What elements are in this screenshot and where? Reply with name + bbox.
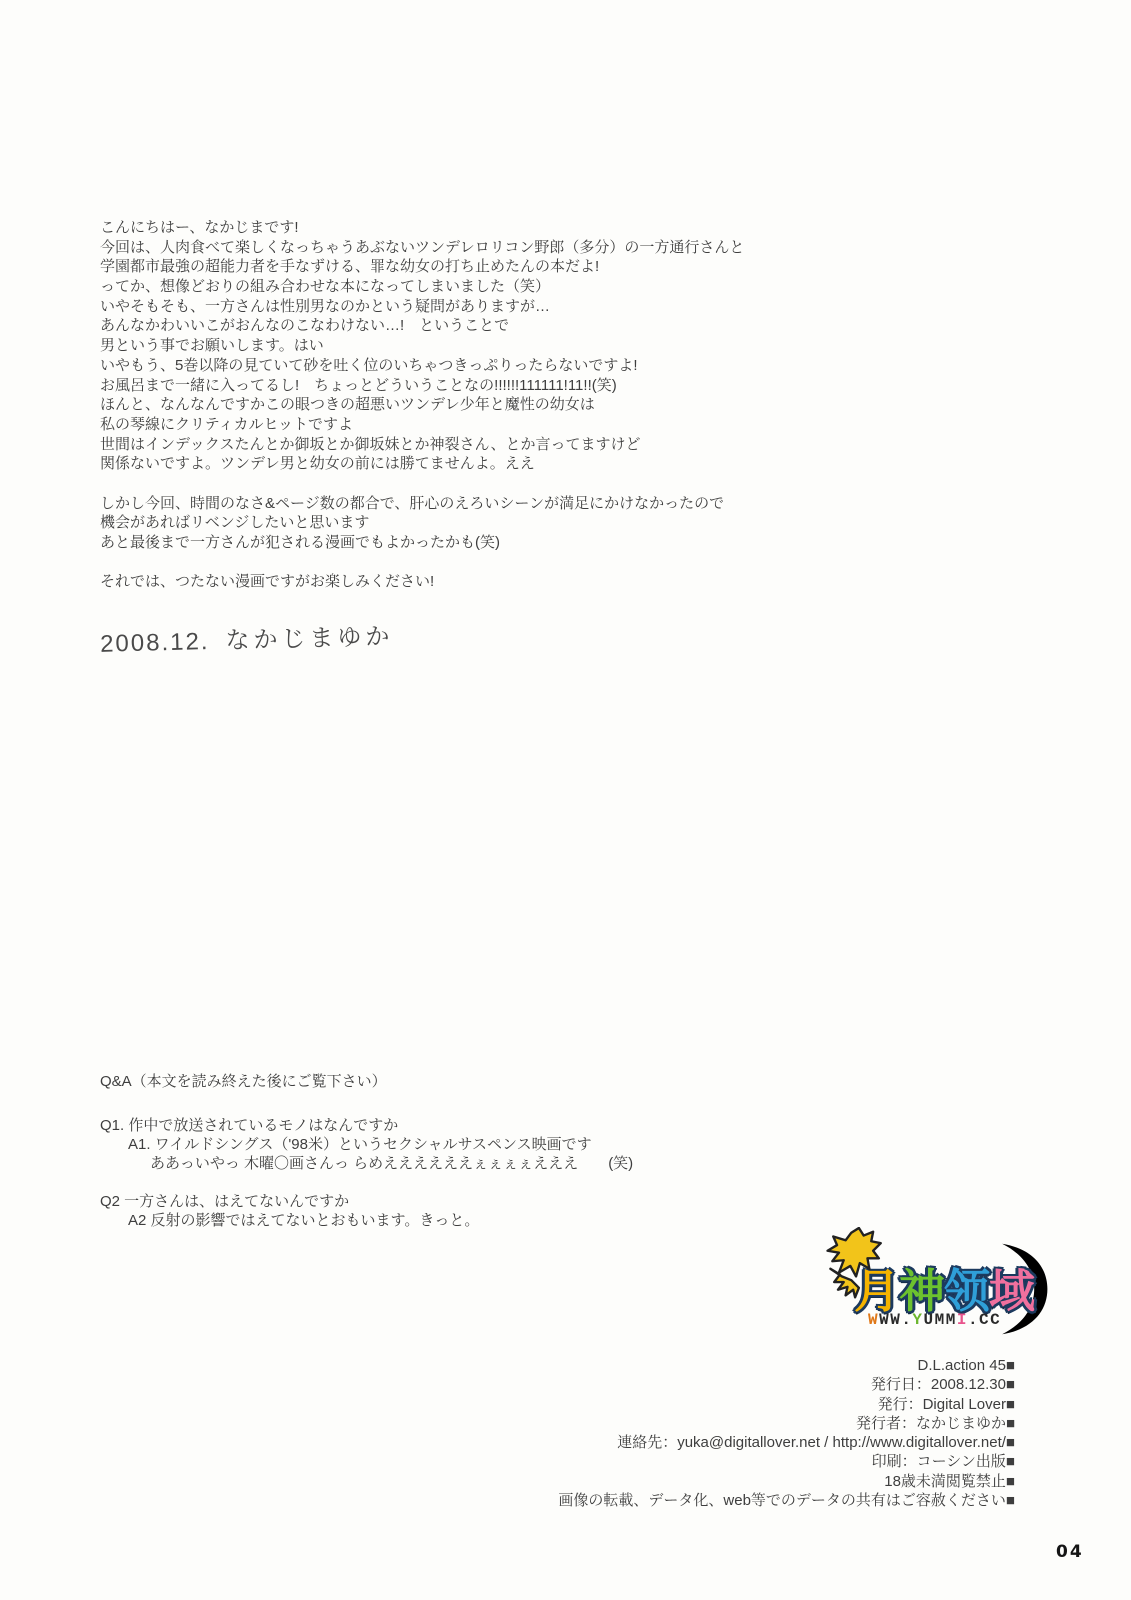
afterword-line: あと最後まで一方さんが犯される漫画でもよかったかも(笑) — [100, 533, 860, 553]
afterword-line: いやもう、5巻以降の見ていて砂を吐く位のいちゃつきっぷりったらないですよ! — [100, 356, 860, 376]
handwritten-signature: 2008.12.なかじまゆか — [100, 616, 394, 659]
qa-question-1: Q1. 作中で放送されているモノはなんですか — [100, 1116, 398, 1135]
afterword-line: こんにちはー、なかじまです! — [100, 218, 860, 238]
colophon-line: 画像の転載、データ化、web等でのデータの共有はご容赦ください■ — [375, 1491, 1015, 1510]
afterword-line: しかし今回、時間のなさ&ページ数の都合で、肝心のえろいシーンが満足にかけなかった… — [100, 494, 860, 514]
logo-char: 领 — [944, 1265, 989, 1317]
logo-url-segment: .CC — [968, 1311, 1001, 1329]
page-number: 04 — [1056, 1542, 1084, 1562]
scan-group-logo: 月神领域 WWW.YUMMI.CC — [810, 1225, 1065, 1343]
colophon-block: D.L.action 45■ 発行日：2008.12.30■ 発行：Digita… — [375, 1356, 1015, 1510]
colophon-line: 連絡先：yuka@digitallover.net / http://www.d… — [375, 1433, 1015, 1452]
colophon-line: 発行日：2008.12.30■ — [375, 1375, 1015, 1394]
logo-url-segment: I — [957, 1311, 968, 1329]
afterword-line: それでは、つたない漫画ですがお楽しみください! — [100, 572, 860, 592]
qa-answer-2: A2 反射の影響ではえてないとおもいます。きっと。 — [128, 1211, 479, 1230]
afterword-line: 今回は、人肉食べて楽しくなっちゃうあぶないツンデレロリコン野郎（多分）の一方通行… — [100, 238, 860, 258]
afterword-line: お風呂まで一緒に入ってるし! ちょっとどういうことなの!!!!!!111111!… — [100, 376, 860, 396]
signature-name: なかじまゆか — [225, 623, 394, 654]
colophon-line: 印刷：コーシン出版■ — [375, 1452, 1015, 1471]
logo-url-segment: W — [868, 1311, 879, 1329]
logo-url-segment: Y — [912, 1311, 923, 1329]
colophon-line: 18歳未満閲覧禁止■ — [375, 1472, 1015, 1491]
afterword-line: ってか、想像どおりの組み合わせな本になってしまいました（笑） — [100, 277, 860, 297]
qa-answer-1-cont: ああっいやっ 木曜〇画さんっ らめええええええぇぇぇぇえええ (笑) — [150, 1154, 633, 1173]
colophon-line: D.L.action 45■ — [375, 1356, 1015, 1375]
logo-url-segment: WW. — [879, 1311, 912, 1329]
qa-title: Q&A（本文を読み終えた後にご覧下さい） — [100, 1072, 387, 1091]
afterword-line: あんなかわいいこがおんなのこなわけない…! ということで — [100, 316, 860, 336]
scanned-doujin-page: こんにちはー、なかじまです! 今回は、人肉食べて楽しくなっちゃうあぶないツンデレ… — [0, 0, 1131, 1600]
afterword-line: 世間はインデックスたんとか御坂とか御坂妹とか神裂さん、とか言ってますけど — [100, 435, 860, 455]
afterword-line: いやそもそも、一方さんは性別男なのかという疑問がありますが… — [100, 297, 860, 317]
logo-url-segment: UMM — [924, 1311, 957, 1329]
afterword-line: 機会があればリベンジしたいと思います — [100, 513, 860, 533]
colophon-line: 発行者：なかじまゆか■ — [375, 1414, 1015, 1433]
logo-char: 域 — [989, 1265, 1034, 1317]
colophon-line: 発行：Digital Lover■ — [375, 1395, 1015, 1414]
afterword-text-block: こんにちはー、なかじまです! 今回は、人肉食べて楽しくなっちゃうあぶないツンデレ… — [100, 218, 860, 592]
afterword-line: 関係ないですよ。ツンデレ男と幼女の前には勝てませんよ。ええ — [100, 454, 860, 474]
qa-question-2: Q2 一方さんは、はえてないんですか — [100, 1192, 349, 1211]
afterword-line — [100, 474, 860, 494]
fairy-splash-icon — [818, 1227, 896, 1303]
logo-url: WWW.YUMMI.CC — [868, 1311, 1001, 1329]
afterword-line: 学園都市最強の超能力者を手なずける、罪な幼女の打ち止めたんの本だよ! — [100, 257, 860, 277]
afterword-line — [100, 553, 860, 573]
afterword-line: 私の琴線にクリティカルヒットですよ — [100, 415, 860, 435]
afterword-line: ほんと、なんなんですかこの眼つきの超悪いツンデレ少年と魔性の幼女は — [100, 395, 860, 415]
afterword-line: 男という事でお願いします。はい — [100, 336, 860, 356]
logo-char: 神 — [899, 1265, 944, 1317]
signature-date: 2008.12. — [100, 628, 210, 658]
qa-answer-1: A1. ワイルドシングス（'98米）というセクシャルサスペンス映画です — [128, 1135, 592, 1154]
